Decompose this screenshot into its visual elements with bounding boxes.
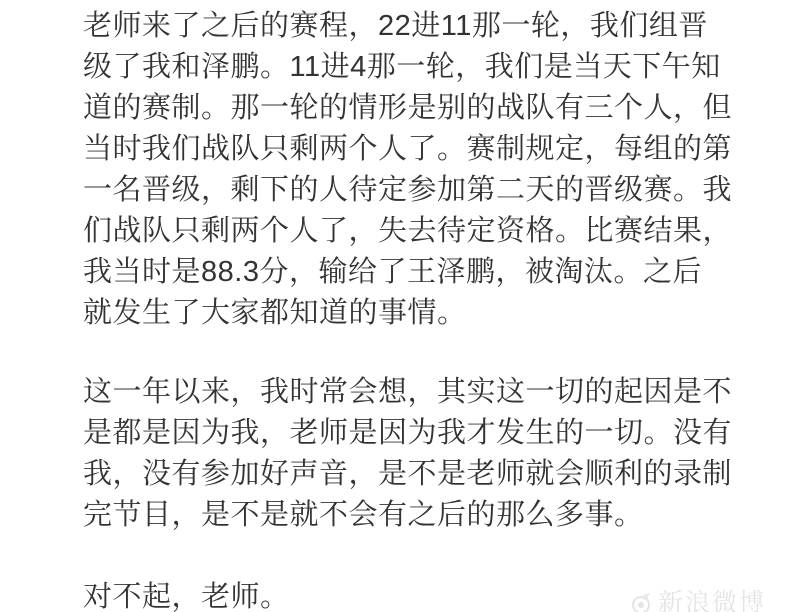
- text-line: 这一年以来，我时常会想，其实这一切的起因是不: [83, 372, 731, 413]
- paragraph-2: 这一年以来，我时常会想，其实这一切的起因是不 是都是因为我，老师是因为我才发生的…: [83, 372, 731, 536]
- text-screenshot-page: 老师来了之后的赛程，22进11那一轮，我们组晋 级了我和泽鹏。11进4那一轮，我…: [0, 0, 797, 612]
- text-line: 当时我们战队只剩两个人了。赛制规定，每组的第: [83, 129, 731, 170]
- weibo-watermark: 新浪微博: [630, 591, 766, 612]
- text-line: 道的赛制。那一轮的情形是别的战队有三个人，但: [83, 88, 731, 129]
- text-line: 我，没有参加好声音，是不是老师就会顺利的录制: [83, 454, 731, 495]
- text-line: 老师来了之后的赛程，22进11那一轮，我们组晋: [83, 6, 731, 47]
- text-line: 完节目，是不是就不会有之后的那么多事。: [83, 495, 731, 536]
- weibo-logo-icon: [630, 591, 652, 612]
- text-line: 级了我和泽鹏。11进4那一轮，我们是当天下午知: [83, 47, 731, 88]
- text-line: 是都是因为我，老师是因为我才发生的一切。没有: [83, 413, 731, 454]
- text-line: 我当时是88.3分，输给了王泽鹏，被淘汰。之后: [83, 252, 731, 293]
- paragraph-1: 老师来了之后的赛程，22进11那一轮，我们组晋 级了我和泽鹏。11进4那一轮，我…: [83, 6, 731, 334]
- text-line: 就发生了大家都知道的事情。: [83, 293, 731, 334]
- text-line: 们战队只剩两个人了，失去待定资格。比赛结果，: [83, 211, 731, 252]
- text-line: 一名晋级，剩下的人待定参加第二天的晋级赛。我: [83, 170, 731, 211]
- watermark-text: 新浪微博: [658, 591, 766, 612]
